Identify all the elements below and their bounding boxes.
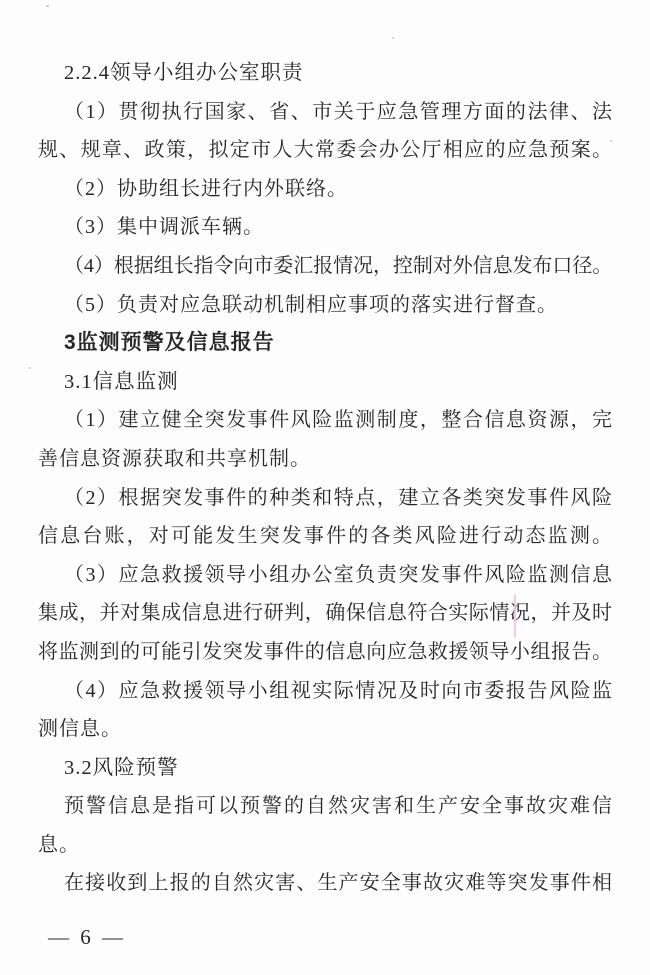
paragraph-line: （2）协助组长进行内外联络。 [38,170,612,209]
paragraph-line: 集成，并对集成信息进行研判，确保信息符合实际情况，并及时 [38,594,612,633]
document-page: 2.2.4领导小组办公室职责（1）贯彻执行国家、省、市关于应急管理方面的法律、法… [0,0,650,975]
paragraph-line: （4）根据组长指令向市委汇报情况，控制对外信息发布口径。 [38,247,612,286]
scan-speck [392,37,394,39]
scan-speck [610,140,612,142]
paragraph-line: 将监测到的可能引发突发事件的信息向应急救援领导小组报告。 [38,633,612,672]
page-footer: — 6 — [48,921,126,953]
paragraph-line: （1）贯彻执行国家、省、市关于应急管理方面的法律、法 [38,93,612,132]
scan-artifact-line [514,594,516,638]
paragraph-line: （5）负责对应急联动机制相应事项的落实进行督查。 [38,286,612,325]
paragraph-line: （3）集中调派车辆。 [38,208,612,247]
subsection-heading: 3.1信息监测 [38,363,612,402]
paragraph-line: （4）应急救援领导小组视实际情况及时向市委报告风险监 [38,672,612,711]
paragraph-line: 预警信息是指可以预警的自然灾害和生产安全事故灾难信 [38,787,612,826]
paragraph-line: （2）根据突发事件的种类和特点，建立各类突发事件风险 [38,479,612,518]
paragraph-line: 信息台账，对可能发生突发事件的各类风险进行动态监测。 [38,517,612,556]
paragraph-line: 在接收到上报的自然灾害、生产安全事故灾难等突发事件相 [38,864,612,903]
paragraph-line: （1）建立健全突发事件风险监测制度，整合信息资源，完 [38,401,612,440]
document-body: 2.2.4领导小组办公室职责（1）贯彻执行国家、省、市关于应急管理方面的法律、法… [38,54,612,903]
subsection-heading: 2.2.4领导小组办公室职责 [38,54,612,93]
paragraph-line: （3）应急救援领导小组办公室负责突发事件风险监测信息 [38,556,612,595]
paragraph-line: 善信息资源获取和共享机制。 [38,440,612,479]
page-number: — 6 — [48,925,126,949]
section-heading: 3监测预警及信息报告 [38,324,612,363]
paragraph-line: 测信息。 [38,710,612,749]
subsection-heading: 3.2风险预警 [38,749,612,788]
paragraph-line: 息。 [38,826,612,865]
paragraph-line: 规、规章、政策，拟定市人大常委会办公厅相应的应急预案。 [38,131,612,170]
scan-speck [46,5,49,7]
scan-speck [29,367,31,369]
